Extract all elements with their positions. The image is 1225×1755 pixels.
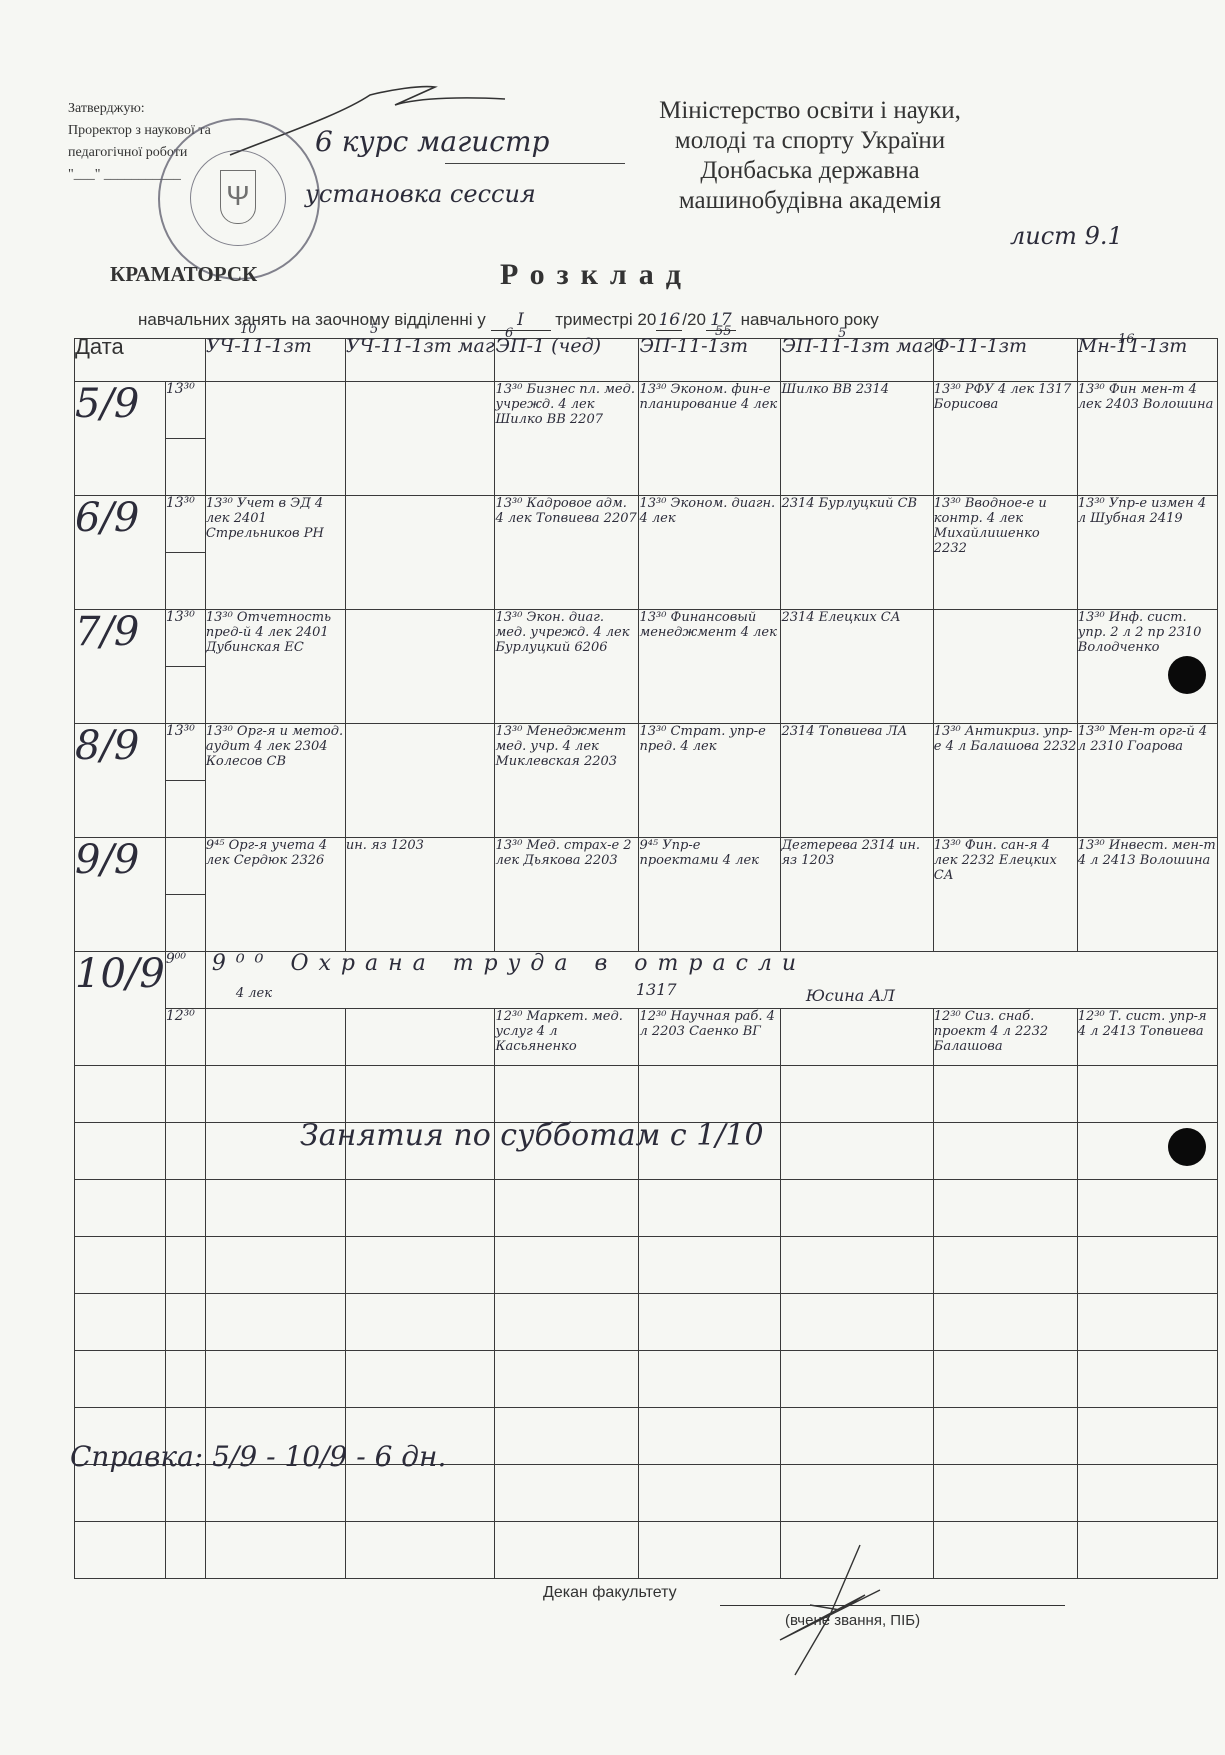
class-cell: 9⁴⁵ Орг-я учета 4 лек Сердюк 2326 (205, 838, 345, 952)
class-cell: 12³⁰ Научная раб. 4 л 2203 Саенко ВГ (639, 1009, 781, 1066)
class-cell: Шилко ВВ 2314 (781, 382, 933, 496)
punch-hole (1168, 1128, 1206, 1166)
class-cell: 13³⁰ Инвест. мен-т 4 л 2413 Волошина (1077, 838, 1217, 952)
institution-stamp: Ψ (158, 118, 320, 280)
day-row: 5/913³⁰13³⁰ Бизнес пл. мед. учрежд. 4 ле… (75, 382, 1218, 439)
time-cell: 9⁰⁰ (165, 952, 205, 1009)
class-cell: 2314 Топвиева ЛА (781, 724, 933, 838)
class-cell: 13³⁰ Фин. сан-я 4 лек 2232 Елецких СА (933, 838, 1077, 952)
class-cell (933, 610, 1077, 724)
empty-row (75, 1351, 1218, 1408)
table-header: Дата УЧ-11-1зт УЧ-11-1зт маг ЭП-1 (чед) … (75, 339, 1218, 382)
class-cell: 12³⁰ Т. сист. упр-я 4 л 2413 Топвиева (1077, 1009, 1217, 1066)
time-cell: 13³⁰ (165, 382, 205, 439)
class-cell (345, 724, 495, 838)
group-header: ЭП-1 (чед) (495, 339, 639, 382)
class-cell: 13³⁰ Орг-я и метод. аудит 4 лек 2304 Кол… (205, 724, 345, 838)
time-cell: 13³⁰ (165, 496, 205, 553)
class-cell: 13³⁰ Менеджмент мед. учр. 4 лек Миклевск… (495, 724, 639, 838)
schedule-table: Дата УЧ-11-1зт УЧ-11-1зт маг ЭП-1 (чед) … (74, 338, 1218, 1579)
date-cell: 9/9 (75, 838, 166, 952)
class-cell: 2314 Бурлуцкий СВ (781, 496, 933, 610)
time-cell (165, 838, 205, 895)
date-header: Дата (75, 339, 206, 382)
trident-icon: Ψ (220, 170, 256, 224)
class-cell: 13³⁰ Мен-т орг-й 4 л 2310 Гоарова (1077, 724, 1217, 838)
class-cell: 13³⁰ Страт. упр-е пред. 4 лек (639, 724, 781, 838)
date-cell: 8/9 (75, 724, 166, 838)
class-cell: 13³⁰ Учет в ЭД 4 лек 2401 Стрельников РН (205, 496, 345, 610)
class-cell: Дегтерева 2314 ин. яз 1203 (781, 838, 933, 952)
day-row: 8/913³⁰13³⁰ Орг-я и метод. аудит 4 лек 2… (75, 724, 1218, 781)
group-header: УЧ-11-1зт (205, 339, 345, 382)
spanning-class-cell: 9⁰⁰ Охрана труда в отрасли4 лек1317Юсина… (205, 952, 1217, 1009)
class-cell: 12³⁰ Cиз. снаб. проект 4 л 2232 Балашова (933, 1009, 1077, 1066)
city-name: КРАМАТОРСК (110, 262, 257, 287)
date-cell: 5/9 (75, 382, 166, 496)
time-cell (165, 895, 205, 952)
date-cell: 10/9 (75, 952, 166, 1066)
empty-row (75, 1180, 1218, 1237)
class-cell: 13³⁰ Экон. диаг. мед. учрежд. 4 лек Бурл… (495, 610, 639, 724)
class-cell (345, 496, 495, 610)
day-row: 10/99⁰⁰9⁰⁰ Охрана труда в отрасли4 лек13… (75, 952, 1218, 1009)
time-cell (165, 667, 205, 724)
group-header: ЭП-11-1зт (639, 339, 781, 382)
group-header: Мн-11-1зт (1077, 339, 1217, 382)
class-cell: 13³⁰ Фин мен-т 4 лек 2403 Волошина (1077, 382, 1217, 496)
class-cell: 13³⁰ Эконом. диагн. 4 лек (639, 496, 781, 610)
time-cell: 12³⁰ (165, 1009, 205, 1066)
day-row: 9/99⁴⁵ Орг-я учета 4 лек Сердюк 2326ин. … (75, 838, 1218, 895)
certificate-note: Справка: 5/9 - 10/9 - 6 дн. (70, 1440, 446, 1473)
class-cell: 13³⁰ Кадровое адм. 4 лек Топвиева 2207 (495, 496, 639, 610)
class-cell: 13³⁰ Упр-е измен 4 л Шубная 2419 (1077, 496, 1217, 610)
empty-row (75, 1294, 1218, 1351)
day-row: 7/913³⁰13³⁰ Отчетность пред-й 4 лек 2401… (75, 610, 1218, 667)
saturday-note: Занятия по субботам с 1/10 (300, 1118, 764, 1153)
date-cell: 6/9 (75, 496, 166, 610)
class-cell (345, 1009, 495, 1066)
class-cell: ин. яз 1203 (345, 838, 495, 952)
document-title: Розклад (500, 258, 693, 292)
class-cell: 13³⁰ Финансовый менеджмент 4 лек (639, 610, 781, 724)
class-cell (781, 1009, 933, 1066)
punch-hole (1168, 656, 1206, 694)
class-cell (345, 610, 495, 724)
empty-row (75, 1237, 1218, 1294)
time-cell: 13³⁰ (165, 610, 205, 667)
group-header: УЧ-11-1зт маг (345, 339, 495, 382)
approval-label: Затверджую: (68, 98, 211, 120)
class-cell: 13³⁰ Отчетность пред-й 4 лек 2401 Дубинс… (205, 610, 345, 724)
time-cell (165, 553, 205, 610)
session-note: установка сессия (305, 180, 536, 208)
class-cell (205, 1009, 345, 1066)
class-cell: 13³⁰ Вводное-е и контр. 4 лек Михайлишен… (933, 496, 1077, 610)
class-cell: 13³⁰ Антикриз. упр-е 4 л Балашова 2232 (933, 724, 1077, 838)
empty-row (75, 1066, 1218, 1123)
time-cell (165, 439, 205, 496)
dean-signature-icon (770, 1540, 910, 1680)
date-cell: 7/9 (75, 610, 166, 724)
group-header: Ф-11-1зт (933, 339, 1077, 382)
dean-label: Декан факультету (543, 1584, 677, 1602)
empty-row (75, 1522, 1218, 1579)
empty-row (75, 1465, 1218, 1522)
class-cell: 2314 Елецких СА (781, 610, 933, 724)
class-cell (345, 382, 495, 496)
course-note: 6 курс магистр (315, 125, 549, 158)
day-row: 6/913³⁰13³⁰ Учет в ЭД 4 лек 2401 Стрельн… (75, 496, 1218, 553)
time-cell (165, 781, 205, 838)
class-cell: 13³⁰ Мед. страх-е 2 лек Дьякова 2203 (495, 838, 639, 952)
group-header: ЭП-11-1зт маг (781, 339, 933, 382)
class-cell: 13³⁰ РФУ 4 лек 1317 Борисова (933, 382, 1077, 496)
class-cell: 9⁴⁵ Упр-е проектами 4 лек (639, 838, 781, 952)
class-cell (205, 382, 345, 496)
ministry-header: Міністерство освіти і науки, молоді та с… (600, 96, 1020, 216)
time-cell: 13³⁰ (165, 724, 205, 781)
class-cell: 12³⁰ Маркет. мед. услуг 4 л Касьяненко (495, 1009, 639, 1066)
class-cell: 13³⁰ Эконом. фин-е планирование 4 лек (639, 382, 781, 496)
class-cell: 13³⁰ Бизнес пл. мед. учрежд. 4 лек Шилко… (495, 382, 639, 496)
sheet-note: лист 9.1 (1010, 222, 1123, 250)
